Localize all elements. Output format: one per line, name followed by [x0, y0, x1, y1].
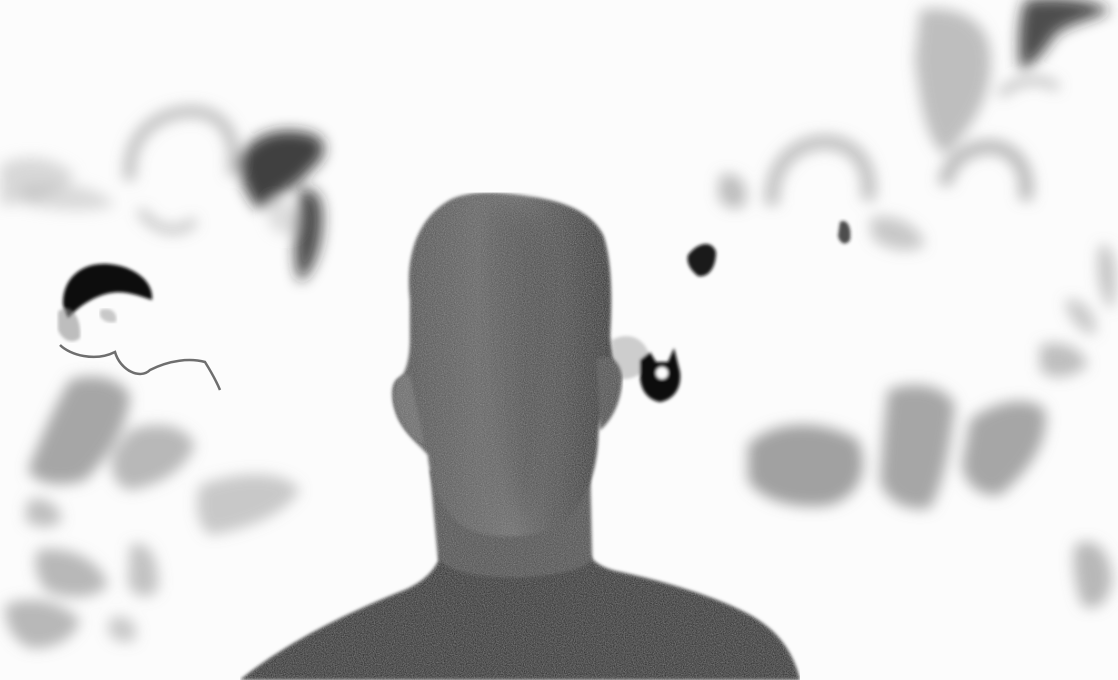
- photo-canvas: [0, 0, 1118, 680]
- photograph: Silhouette of a person's head and should…: [0, 0, 1118, 680]
